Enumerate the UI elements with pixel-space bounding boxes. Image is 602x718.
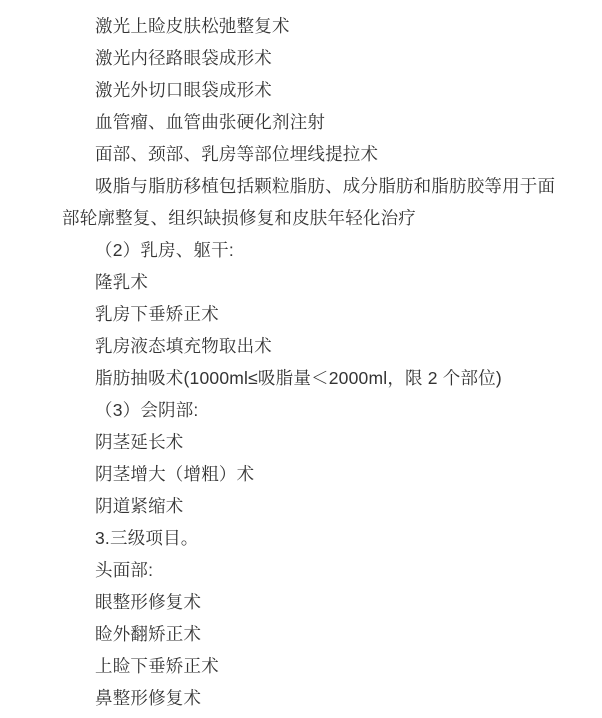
- text-line: 阴道紧缩术: [95, 490, 562, 522]
- text-line: 血管瘤、血管曲张硬化剂注射: [95, 106, 562, 138]
- text-line: 乳房液态填充物取出术: [95, 330, 562, 362]
- text-line-section-heading: （2）乳房、躯干:: [95, 234, 562, 266]
- text-line-section-heading: 头面部:: [95, 554, 562, 586]
- text-line: 激光内径路眼袋成形术: [95, 42, 562, 74]
- text-line: 隆乳术: [95, 266, 562, 298]
- text-line: 鼻整形修复术: [95, 682, 562, 714]
- text-line: 阴茎增大（增粗）术: [95, 458, 562, 490]
- text-line-section-heading: 3.三级项目。: [95, 522, 562, 554]
- text-line: 睑外翻矫正术: [95, 618, 562, 650]
- text-line: 眼整形修复术: [95, 586, 562, 618]
- text-line: 上睑下垂矫正术: [95, 650, 562, 682]
- text-line: 乳房下垂矫正术: [95, 298, 562, 330]
- text-line: 吸脂与脂肪移植包括颗粒脂肪、成分脂肪和脂肪胶等用于面: [95, 170, 562, 202]
- text-line: 激光外切口眼袋成形术: [95, 74, 562, 106]
- document-page: 激光上睑皮肤松弛整复术 激光内径路眼袋成形术 激光外切口眼袋成形术 血管瘤、血管…: [0, 0, 602, 718]
- text-line: 阴茎延长术: [95, 426, 562, 458]
- text-line: 脂肪抽吸术(1000ml≤吸脂量＜2000ml，限 2 个部位): [95, 362, 562, 394]
- text-line: 激光上睑皮肤松弛整复术: [95, 10, 562, 42]
- text-line: 面部、颈部、乳房等部位埋线提拉术: [95, 138, 562, 170]
- text-line-section-heading: （3）会阴部:: [95, 394, 562, 426]
- text-line-wrap-continuation: 部轮廓整复、组织缺损修复和皮肤年轻化治疗: [62, 202, 562, 234]
